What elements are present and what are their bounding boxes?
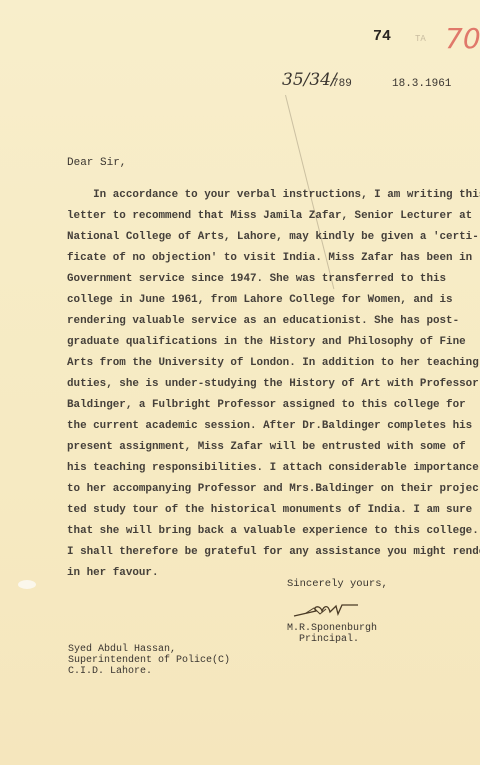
letter-body: In accordance to your verbal instruction…	[67, 185, 427, 584]
body-line: the current academic session. After Dr.B…	[67, 416, 427, 437]
addressee-line: C.I.D. Lahore.	[68, 666, 230, 677]
body-line: college in June 1961, from Lahore Colleg…	[67, 290, 427, 311]
body-line: graduate qualifications in the History a…	[67, 332, 427, 353]
body-line: ficate of no objection' to visit India. …	[67, 248, 427, 269]
body-line: duties, she is under-studying the Histor…	[67, 374, 427, 395]
body-line: Baldinger, a Fulbright Professor assigne…	[67, 395, 427, 416]
signature-icon	[292, 602, 360, 620]
addressee-line: Superintendent of Police(C)	[68, 655, 230, 666]
addressee-line: Syed Abdul Hassan,	[68, 644, 230, 655]
handwritten-file-ref: 35/34/	[282, 70, 337, 90]
body-line: ted study tour of the historical monumen…	[67, 500, 427, 521]
body-line: his teaching responsibilities. I attach …	[67, 458, 427, 479]
letter-page: 74 TA 70 35/34/ 789 18.3.1961 Dear Sir, …	[0, 0, 480, 765]
body-line: Arts from the University of London. In a…	[67, 353, 427, 374]
reference-number: 789	[332, 78, 352, 90]
body-line: letter to recommend that Miss Jamila Zaf…	[67, 206, 427, 227]
closing: Sincerely yours,	[287, 578, 388, 590]
body-line: to her accompanying Professor and Mrs.Ba…	[67, 479, 427, 500]
signatory-name: M.R.Sponenburgh	[287, 623, 377, 634]
body-line: that she will bring back a valuable expe…	[67, 521, 427, 542]
addressee-block: Syed Abdul Hassan, Superintendent of Pol…	[68, 644, 230, 677]
signatory-title: Principal.	[299, 634, 359, 645]
red-annotation: 70	[445, 22, 480, 55]
faint-stamp: TA	[415, 34, 426, 44]
letter-date: 18.3.1961	[392, 78, 451, 90]
paper-blemish	[18, 580, 36, 589]
body-line: National College of Arts, Lahore, may ki…	[67, 227, 427, 248]
page-number: 74	[373, 28, 391, 45]
body-line: present assignment, Miss Zafar will be e…	[67, 437, 427, 458]
body-line: I shall therefore be grateful for any as…	[67, 542, 427, 563]
salutation: Dear Sir,	[67, 157, 126, 169]
body-line: rendering valuable service as an educati…	[67, 311, 427, 332]
body-line: Government service since 1947. She was t…	[67, 269, 427, 290]
body-line: In accordance to your verbal instruction…	[67, 185, 427, 206]
